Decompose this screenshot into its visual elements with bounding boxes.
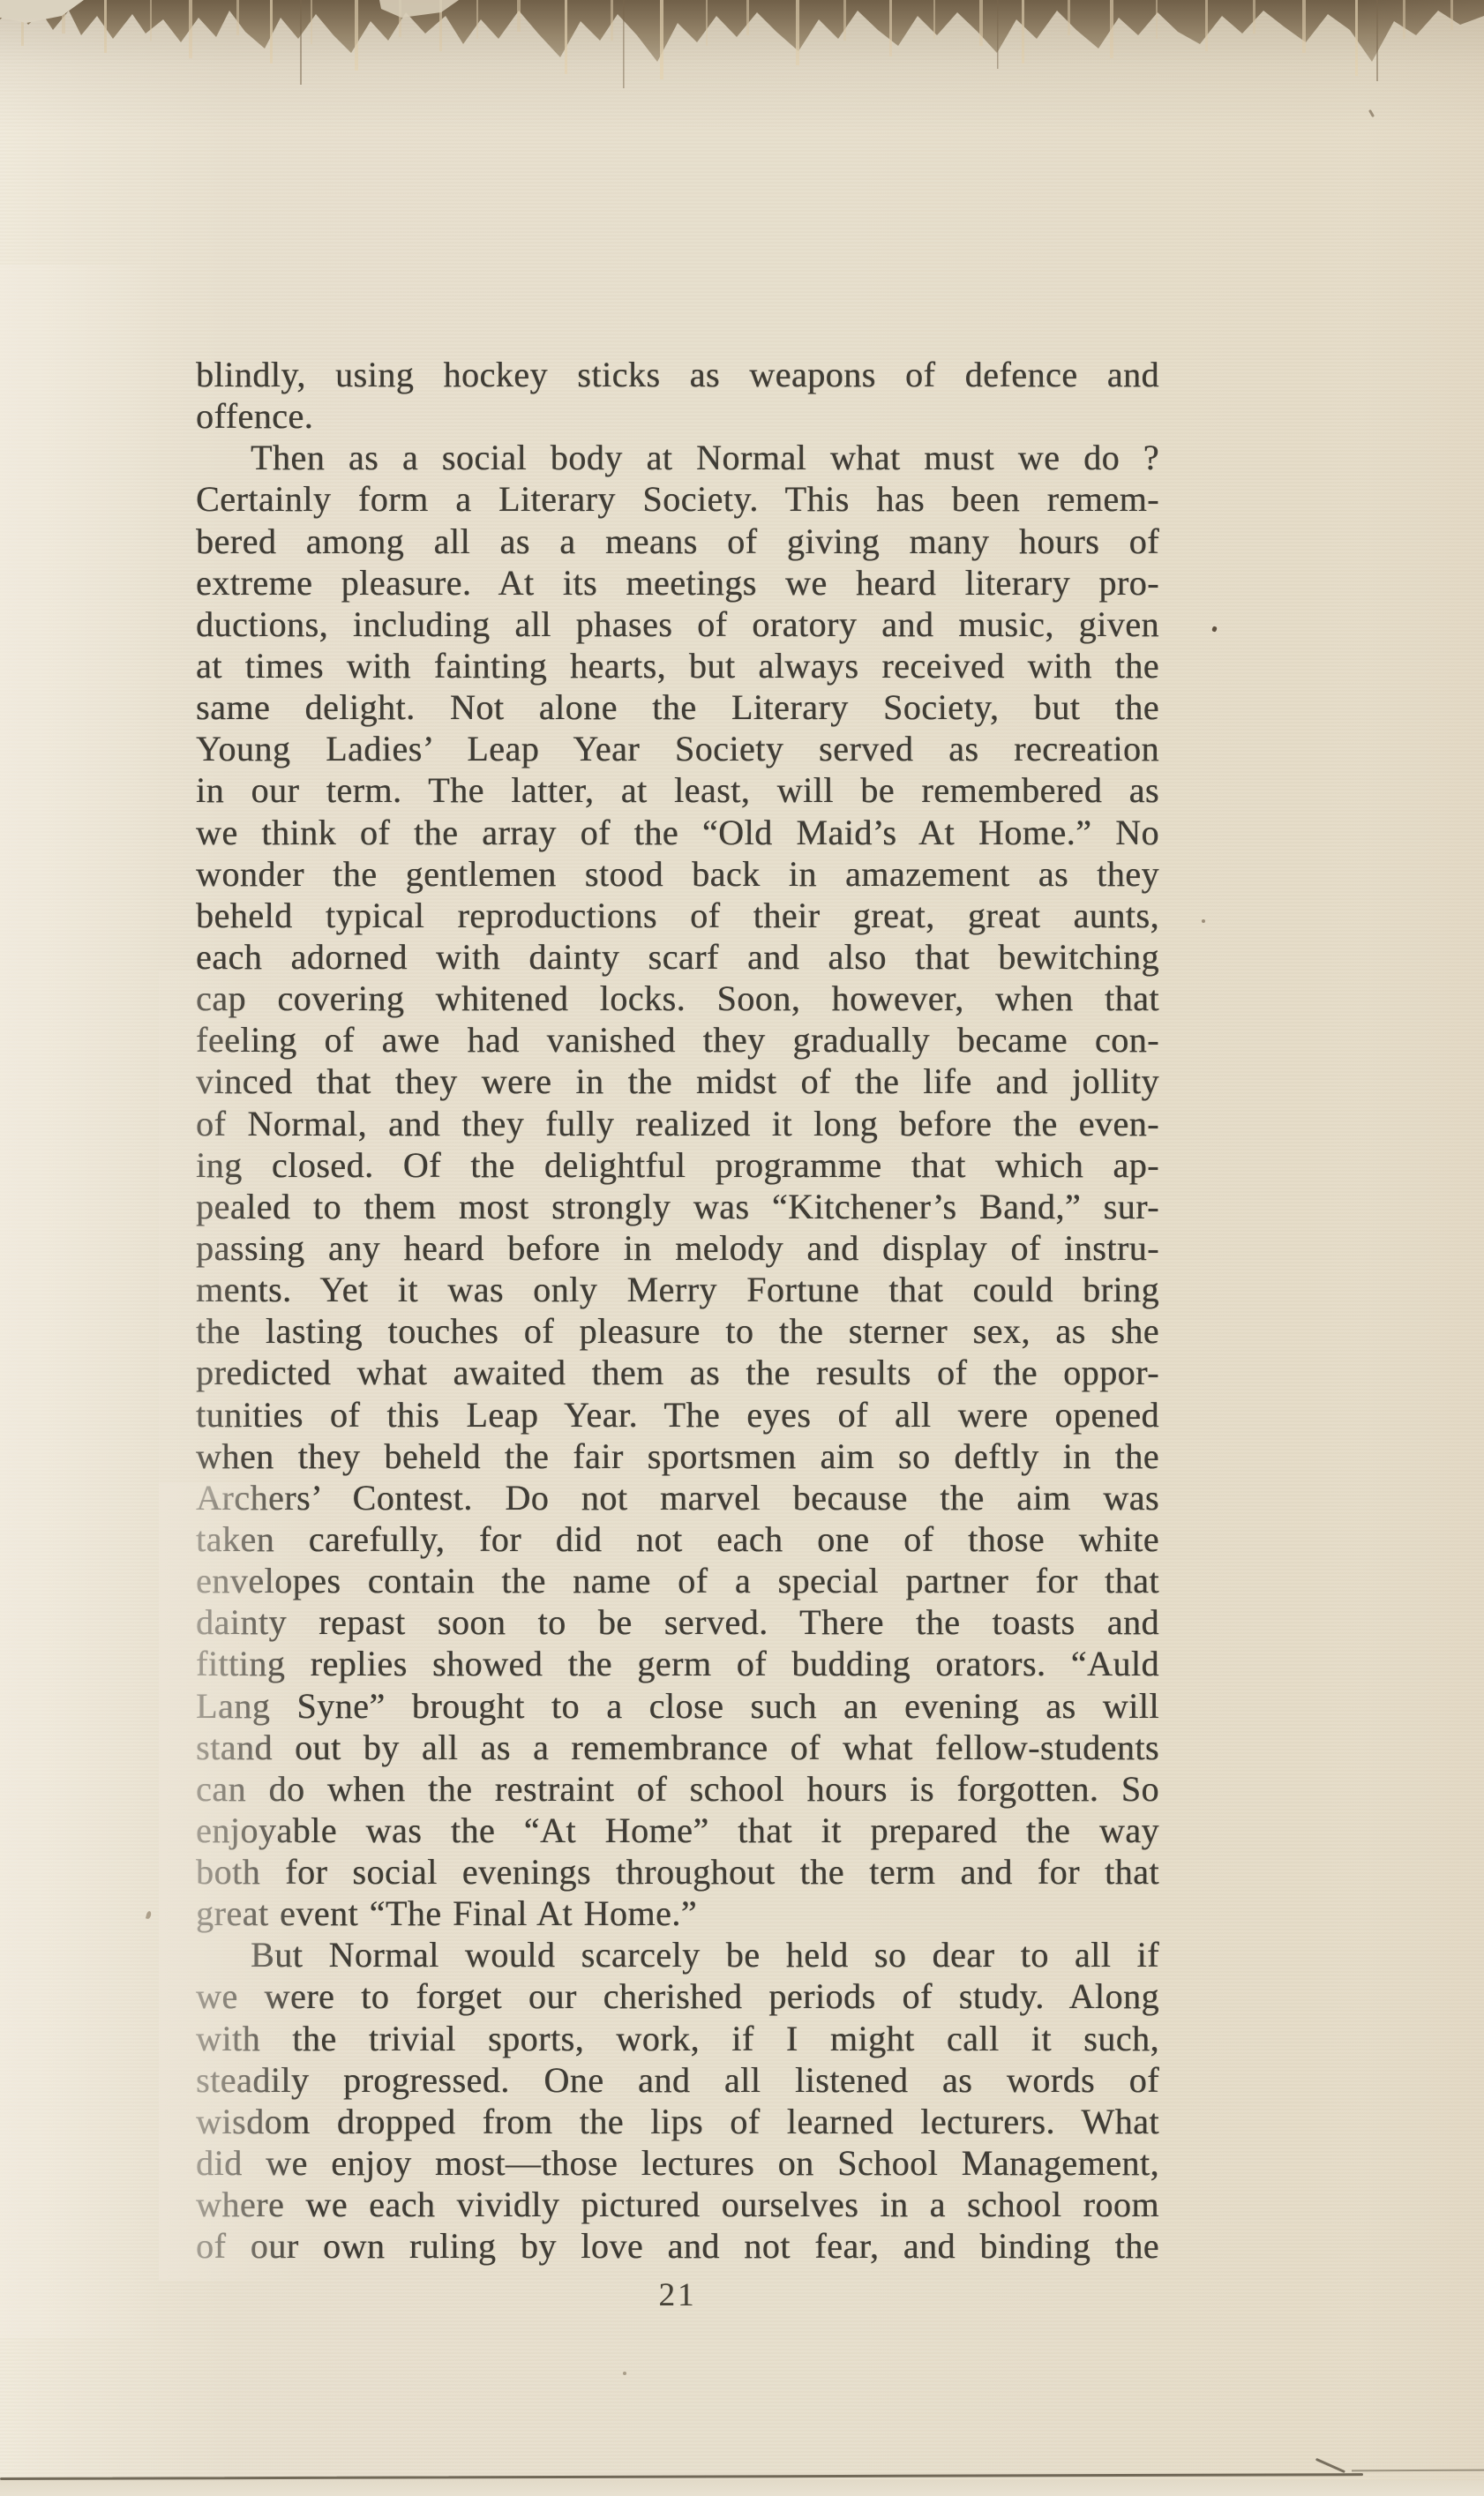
text-line: cap covering whitened locks. Soon, howev…: [196, 978, 1159, 1019]
paper-speck: [623, 2372, 626, 2375]
next-page-edge: [0, 2480, 1484, 2496]
torn-paper-edge: [0, 0, 1484, 97]
text-line: envelopes contain the name of a special …: [196, 1560, 1159, 1601]
left-margin-highlight: [0, 265, 163, 2338]
text-line: offence.: [196, 395, 1159, 437]
text-line: did we enjoy most—those lectures on Scho…: [196, 2142, 1159, 2184]
page-bottom-edge-tick: [1315, 2458, 1345, 2473]
text-line: at times with fainting hearts, but alway…: [196, 645, 1159, 686]
text-line: feeling of awe had vanished they gradual…: [196, 1019, 1159, 1061]
text-line: same delight. Not alone the Literary Soc…: [196, 686, 1159, 728]
text-line: vinced that they were in the midst of th…: [196, 1061, 1159, 1102]
page-number: 21: [196, 2276, 1159, 2314]
paper-speck: [1211, 626, 1218, 632]
text-line: predicted what awaited them as the resul…: [196, 1352, 1159, 1393]
text-line: Young Ladies’ Leap Year Society served a…: [196, 728, 1159, 769]
text-line: when they beheld the fair sportsmen aim …: [196, 1435, 1159, 1477]
paper-speck: [1202, 919, 1205, 923]
text-line: ing closed. Of the delightful programme …: [196, 1144, 1159, 1186]
text-line: stand out by all as a remembrance of wha…: [196, 1727, 1159, 1768]
text-line: tunities of this Leap Year. The eyes of …: [196, 1394, 1159, 1435]
text-line: blindly, using hockey sticks as weapons …: [196, 354, 1159, 395]
text-line: bered among all as a means of giving man…: [196, 521, 1159, 562]
text-line: wonder the gentlemen stood back in amaze…: [196, 853, 1159, 895]
text-line: taken carefully, for did not each one of…: [196, 1518, 1159, 1560]
paper-speck: [146, 1911, 152, 1920]
text-line: of Normal, and they fully realized it lo…: [196, 1103, 1159, 1144]
text-line: steadily progressed. One and all listene…: [196, 2059, 1159, 2101]
text-line: both for social evenings throughout the …: [196, 1851, 1159, 1893]
text-line: we were to forget our cherished periods …: [196, 1975, 1159, 2017]
text-line: great event “The Final At Home.”: [196, 1893, 1159, 1934]
text-line: Lang Syne” brought to a close such an ev…: [196, 1685, 1159, 1727]
page-bottom-edge-line: [0, 2473, 1363, 2480]
text-line: where we each vividly pictured ourselves…: [196, 2184, 1159, 2225]
text-line: the lasting touches of pleasure to the s…: [196, 1310, 1159, 1352]
text-line: ments. Yet it was only Merry Fortune tha…: [196, 1269, 1159, 1310]
text-line: pealed to them most strongly was “Kitche…: [196, 1186, 1159, 1227]
text-line: Then as a social body at Normal what mus…: [196, 437, 1159, 478]
text-line: extreme pleasure. At its meetings we hea…: [196, 562, 1159, 603]
text-line: ductions, including all phases of orator…: [196, 603, 1159, 645]
text-line: Archers’ Contest. Do not marvel because …: [196, 1477, 1159, 1518]
book-page: blindly, using hockey sticks as weapons …: [0, 0, 1484, 2496]
paper-speck: [1368, 109, 1375, 117]
text-line: we think of the array of the “Old Maid’s…: [196, 812, 1159, 853]
text-line: each adorned with dainty scarf and also …: [196, 936, 1159, 978]
text-line: with the trivial sports, work, if I migh…: [196, 2018, 1159, 2059]
text-line: Certainly form a Literary Society. This …: [196, 478, 1159, 520]
text-line: can do when the restraint of school hour…: [196, 1768, 1159, 1810]
text-line: fitting replies showed the germ of buddi…: [196, 1643, 1159, 1684]
text-line: in our term. The latter, at least, will …: [196, 769, 1159, 811]
text-line: But Normal would scarcely be held so dea…: [196, 1934, 1159, 1975]
text-line: of our own ruling by love and not fear, …: [196, 2225, 1159, 2267]
text-line: enjoyable was the “At Home” that it prep…: [196, 1810, 1159, 1851]
right-page-vignette: [1360, 0, 1484, 2496]
page-text-block: blindly, using hockey sticks as weapons …: [196, 354, 1159, 2267]
text-line: wisdom dropped from the lips of learned …: [196, 2101, 1159, 2142]
text-line: beheld typical reproductions of their gr…: [196, 895, 1159, 936]
text-line: passing any heard before in melody and d…: [196, 1227, 1159, 1269]
page-bottom-edge-tail: [1352, 2470, 1484, 2472]
text-line: dainty repast soon to be served. There t…: [196, 1601, 1159, 1643]
